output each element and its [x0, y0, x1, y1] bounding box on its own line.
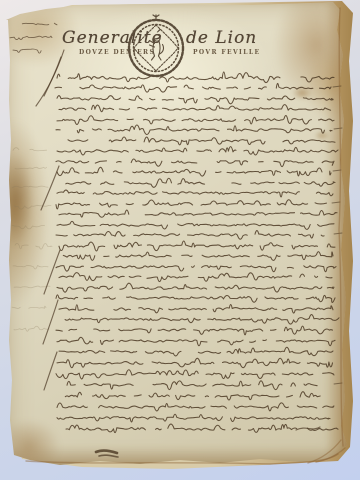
manuscript-page [6, 2, 347, 468]
stain-left [0, 118, 50, 308]
stain-bottom-left [0, 419, 61, 474]
stain-spot [292, 86, 312, 100]
stain-spot [314, 130, 330, 141]
photo-background: Generalité de Lion DOVZE DENIERS POVR FE… [0, 0, 360, 480]
stain-top-left [0, 0, 79, 67]
paper-highlight [61, 8, 271, 138]
stain-left-core [0, 152, 34, 247]
